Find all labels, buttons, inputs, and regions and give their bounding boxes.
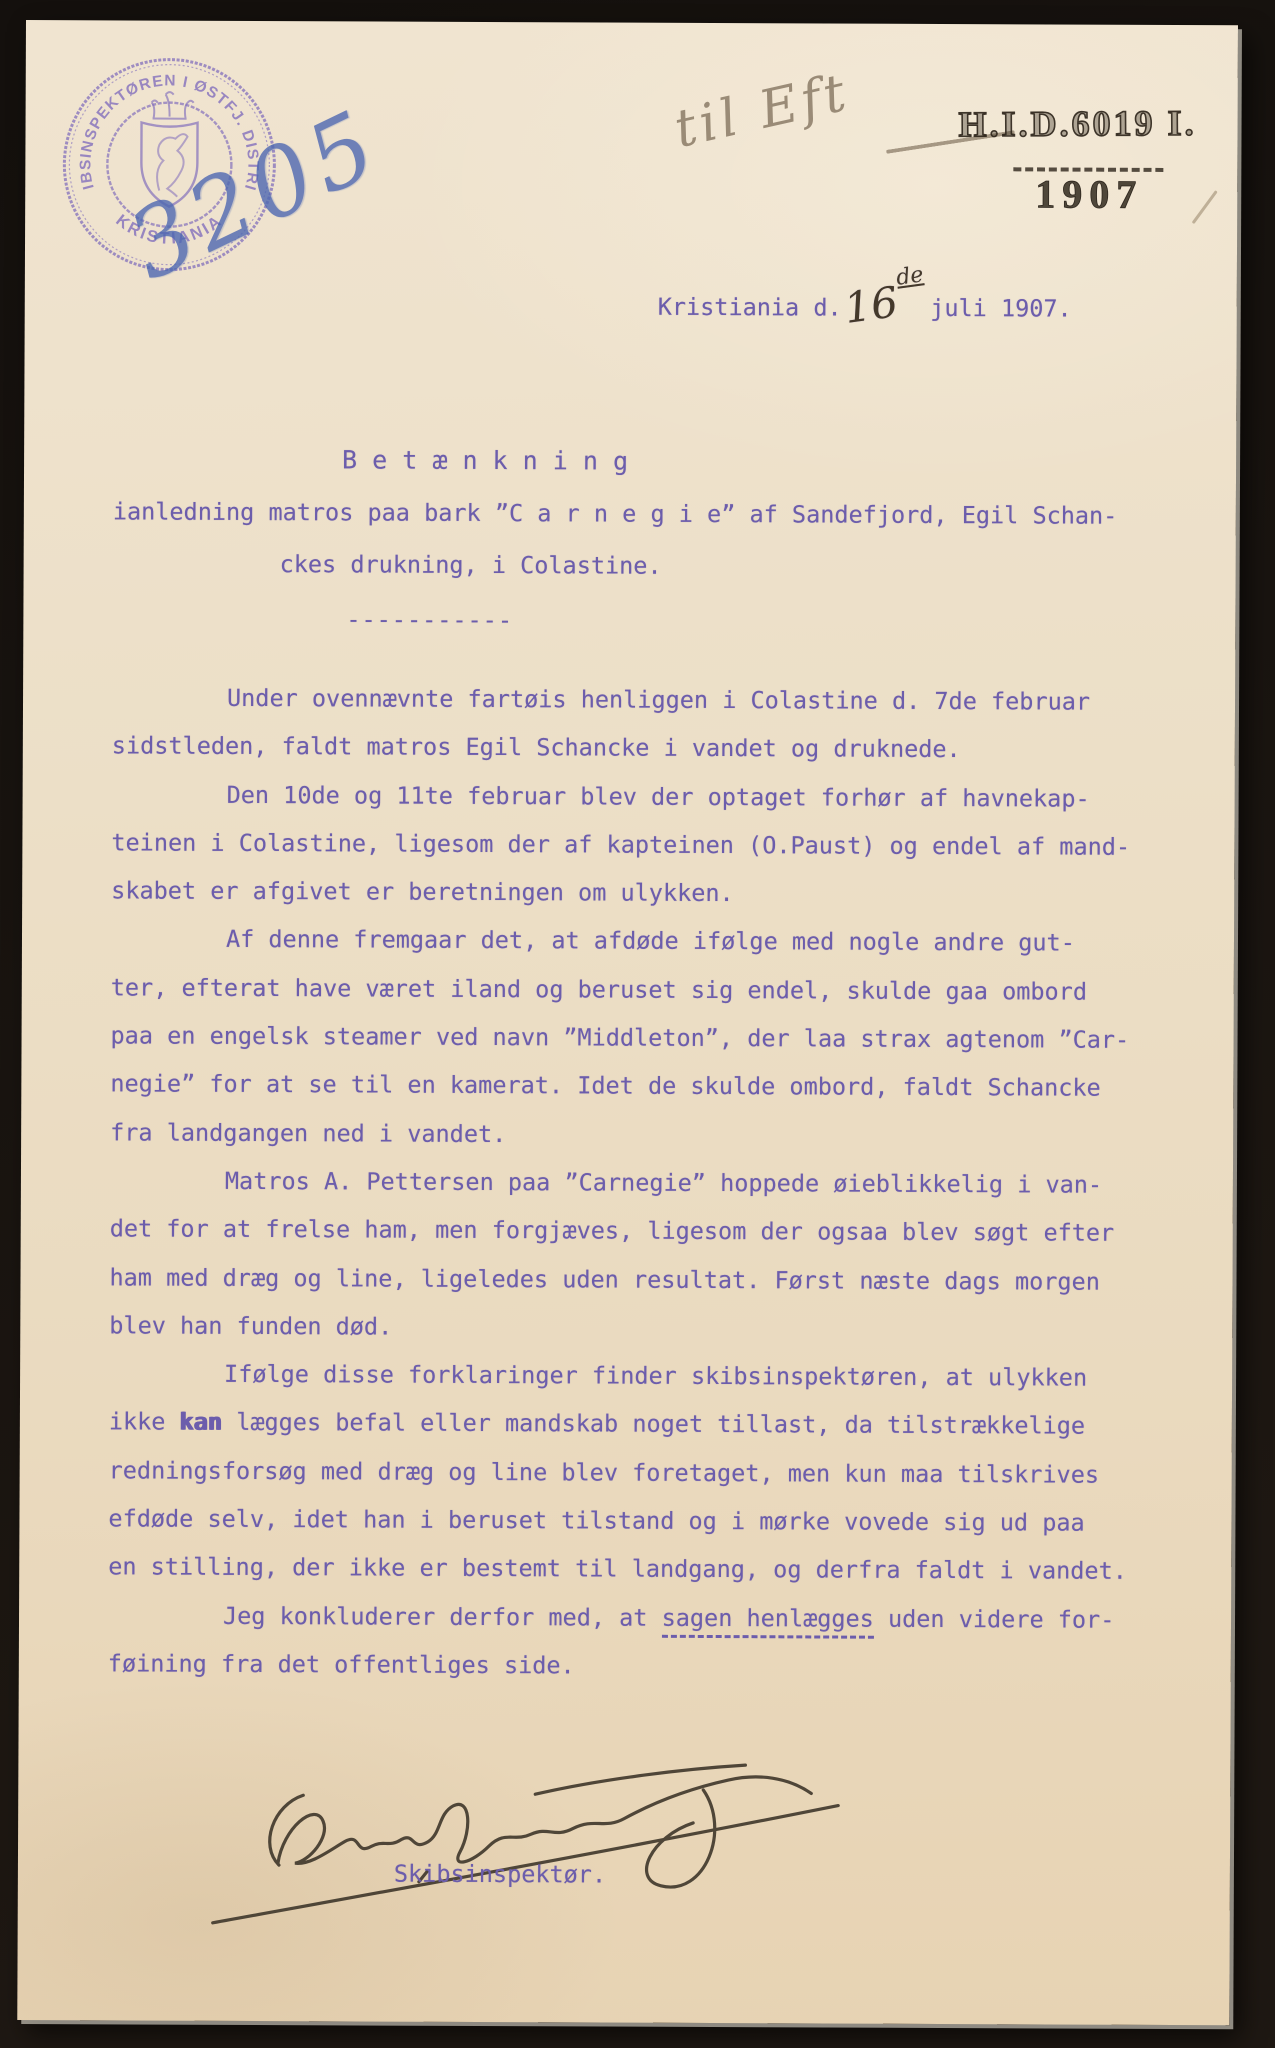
day-ordinal-suffix: de [895,262,925,290]
typed-line: ham med dræg og line, ligeledes uden res… [109,1262,1184,1315]
typed-line-with-overstrike: ikke kan lægges befal eller mandskab nog… [109,1407,1184,1460]
typed-line: det for at frelse ham, men forgjæves, li… [110,1214,1185,1267]
typed-divider: ----------- [346,605,513,634]
dateline-typed-prefix: Kristiania d. [658,293,842,322]
typed-line: negie” for at se til en kamerat. Idet de… [110,1069,1185,1122]
typed-line: sidstleden, faldt matros Egil Schancke i… [112,731,1187,784]
overstruck-word: kan [180,1408,223,1436]
typed-line: skabet er afgivet er beretningen om ulyk… [111,876,1186,929]
letter-body: Under ovennævnte fartøis henliggen i Col… [108,682,1187,1701]
underlined-phrase: sagen henlægges [662,1603,874,1638]
subtitle-line: ckes drukning, i Colastine. [280,550,662,580]
typed-line: Ifølge disse forklaringer finder skibsin… [109,1359,1184,1412]
typed-line: blev han funden død. [109,1310,1184,1363]
typed-line-with-underline: Jeg konkluderer derfor med, at sagen hen… [108,1600,1183,1653]
subtitle-line: ianledning matros paa bark ”C a r n e g … [113,497,1118,529]
archive-number-stamp: H.I.D.6019 I. [958,102,1196,145]
dateline: Kristiania d.16dejuli 1907. [658,293,1072,323]
handwritten-pencil-note: til Eft [669,62,855,160]
typed-line: fra landgangen ned i vandet. [110,1117,1185,1170]
handwritten-signature [183,1733,904,1951]
typed-line: Matros A. Pettersen paa ”Carnegie” hoppe… [110,1165,1185,1218]
typed-line: efdøde selv, idet han i beruset tilstand… [108,1503,1183,1556]
typed-line: paa en engelsk steamer ved navn ”Middlet… [110,1020,1185,1073]
archive-year-stamp: 1907 [1035,170,1143,217]
scanned-document-photo: { "document": { "round_stamp": { "arc_to… [0,0,1275,2048]
handwritten-day: 16de [844,291,925,309]
typed-line: føining fra det offentliges side. [108,1648,1183,1701]
typed-signature-title: Skibsinspektør. [394,1860,606,1889]
document-page: SKIBSINSPEKTØREN I ØSTFJ. DISTRIKT * KRI… [17,20,1238,2025]
typed-line: Den 10de og 11te februar blev der optage… [111,779,1186,832]
typed-line: redningsforsøg med dræg og line blev for… [109,1455,1184,1508]
pencil-tick-mark [1192,190,1218,224]
dateline-typed-suffix: juli 1907. [930,294,1072,323]
typed-line: en stilling, der ikke er bestemt til lan… [108,1552,1183,1605]
document-title: B e t æ n k n i n g [342,445,628,475]
typed-line: Af denne fremgaar det, at afdøde ifølge … [111,924,1186,977]
typed-line: Under ovennævnte fartøis henliggen i Col… [112,682,1187,735]
typed-line: teinen i Colastine, ligesom der af kapte… [111,827,1186,880]
typed-line: ter, efterat have været iland og beruset… [111,972,1186,1025]
